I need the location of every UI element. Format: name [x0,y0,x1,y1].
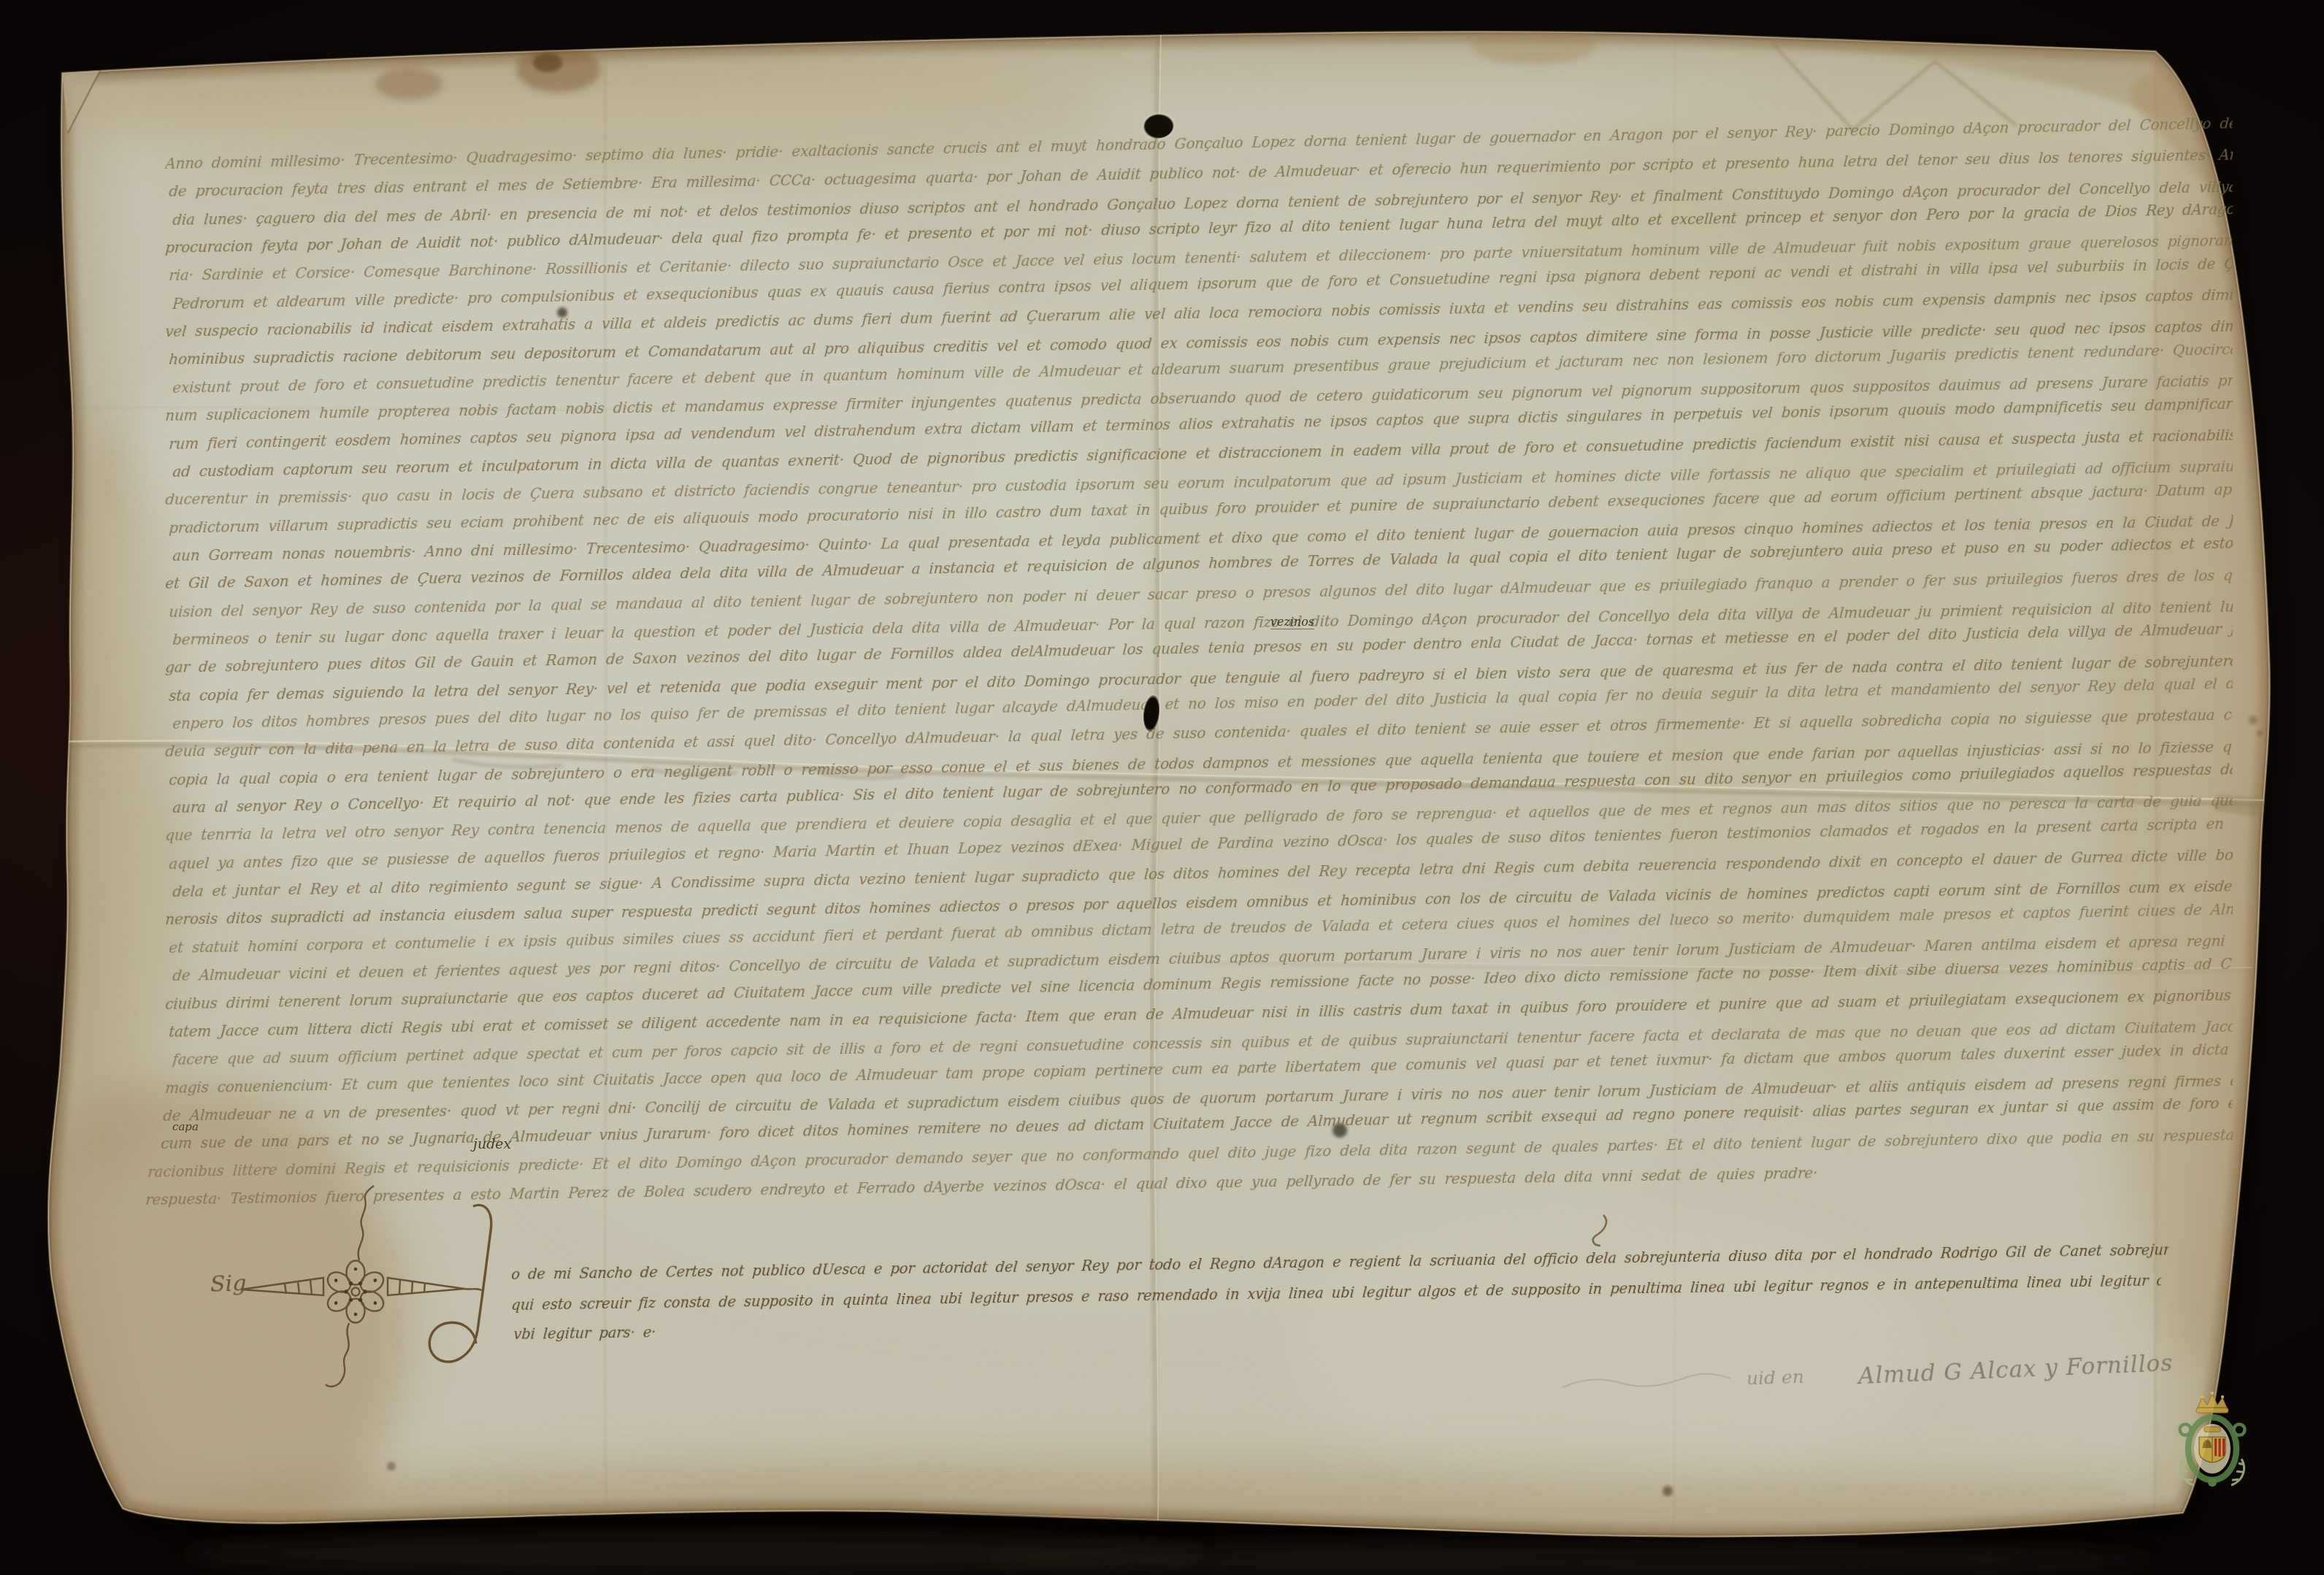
stamp-shield [2199,1437,2225,1463]
photo-background: Anno domini millesimo· Trecentesimo· Qua… [0,0,2324,1575]
parchment [0,0,2324,1575]
